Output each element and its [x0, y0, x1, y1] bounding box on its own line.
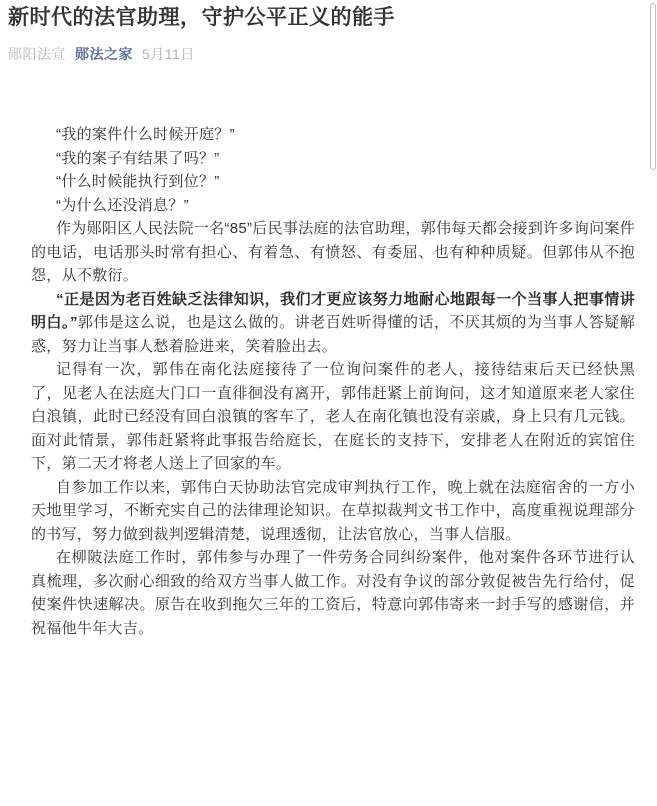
- article-title: 新时代的法官助理，守护公平正义的能手: [8, 4, 657, 32]
- scrollbar-thumb[interactable]: [650, 3, 656, 170]
- paragraph: 在柳陂法庭工作时，郭伟参与办理了一件劳务合同纠纷案件，他对案件各环节进行认真梳理…: [31, 546, 635, 640]
- article-body: “我的案件什么时候开庭？” “我的案子有结果了吗？” “什么时候能执行到位？” …: [31, 123, 635, 640]
- author-name: 郧阳法宣: [8, 46, 66, 62]
- quote-line: “我的案子有结果了吗？”: [31, 147, 635, 171]
- paragraph: 作为郧阳区人民法院一名“85”后民事法庭的法官助理，郭伟每天都会接到许多询问案件…: [31, 217, 635, 288]
- quote-line: “我的案件什么时候开庭？”: [31, 123, 635, 147]
- quote-line: “什么时候能执行到位？”: [31, 170, 635, 194]
- article-meta: 郧阳法宣郧法之家5月11日: [8, 44, 657, 64]
- paragraph: 记得有一次，郭伟在南化法庭接待了一位询问案件的老人，接待结束后天已经快黑了，见老…: [31, 358, 635, 476]
- article-page: 新时代的法官助理，守护公平正义的能手 郧阳法宣郧法之家5月11日 “我的案件什么…: [0, 0, 657, 640]
- paragraph-text: 郭伟是这么说，也是这么做的。讲老百姓听得懂的话，不厌其烦的为当事人答疑解惑，努力…: [31, 314, 635, 355]
- account-name-link[interactable]: 郧法之家: [75, 46, 133, 62]
- quote-line: “为什么还没消息？”: [31, 194, 635, 218]
- paragraph: 自参加工作以来，郭伟白天协助法官完成审判执行工作，晚上就在法庭宿舍的一方小天地里…: [31, 476, 635, 547]
- paragraph: “正是因为老百姓缺乏法律知识，我们才更应该努力地耐心地跟每一个当事人把事情讲明白…: [31, 288, 635, 359]
- publish-date: 5月11日: [142, 46, 195, 62]
